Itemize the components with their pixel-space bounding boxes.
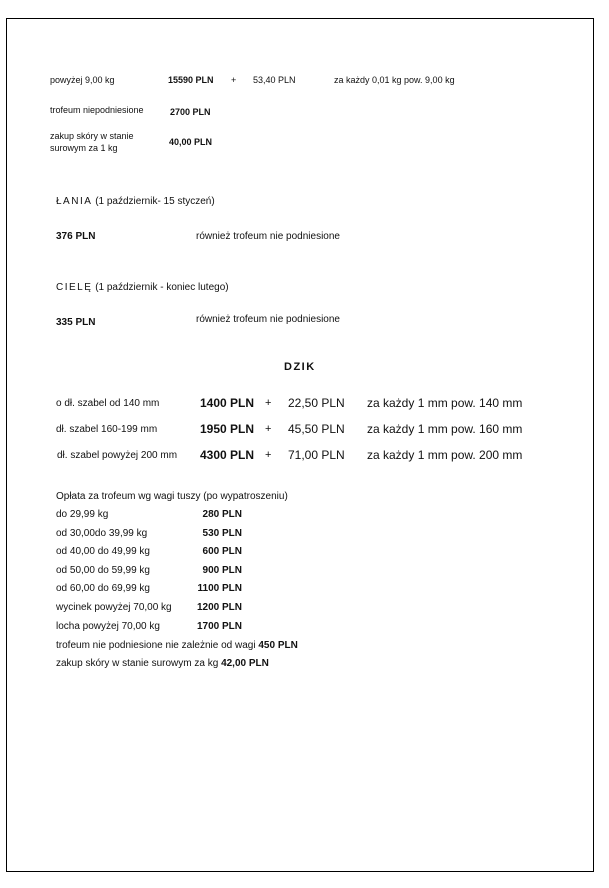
row-label: trofeum niepodniesione bbox=[50, 105, 144, 115]
row-extra: 53,40 PLN bbox=[253, 75, 296, 85]
weight-row-price: 600 PLN bbox=[203, 546, 242, 557]
row-price: 2700 PLN bbox=[170, 107, 211, 117]
row-label: dł. szabel 160-199 mm bbox=[56, 424, 157, 435]
row-price: 40,00 PLN bbox=[169, 137, 212, 147]
plus-sign: + bbox=[265, 423, 271, 435]
lania-note: również trofeum nie podniesione bbox=[196, 231, 340, 242]
row-note: za każdy 1 mm pow. 200 mm bbox=[367, 448, 522, 462]
plus-sign: + bbox=[231, 75, 236, 85]
row-price: 15590 PLN bbox=[168, 75, 214, 85]
weight-row-price: 1100 PLN bbox=[198, 583, 242, 594]
skin-price: 42,00 PLN bbox=[221, 658, 269, 669]
weight-row-label: locha powyżej 70,00 kg bbox=[56, 621, 160, 632]
row-label: dł. szabel powyżej 200 mm bbox=[57, 450, 177, 461]
weight-row-price: 530 PLN bbox=[203, 528, 242, 539]
row-label: o dł. szabel od 140 mm bbox=[56, 398, 159, 409]
plus-sign: + bbox=[265, 397, 271, 409]
skin-text: zakup skóry w stanie surowym za kg bbox=[56, 658, 218, 669]
lania-price: 376 PLN bbox=[56, 231, 95, 242]
row-extra: 45,50 PLN bbox=[288, 422, 345, 436]
weight-row-label: do 29,99 kg bbox=[56, 509, 108, 520]
weight-row-label: od 50,00 do 59,99 kg bbox=[56, 565, 150, 576]
section-period: (1 październik - koniec lutego) bbox=[95, 282, 228, 293]
not-lifted-text: trofeum nie podniesione nie zależnie od … bbox=[56, 640, 256, 651]
section-heading-ciele: CIELĘ (1 październik - koniec lutego) bbox=[56, 282, 229, 293]
row-label: zakup skóry w stanie bbox=[50, 131, 134, 141]
row-note: za każdy 1 mm pow. 160 mm bbox=[367, 422, 522, 436]
weight-row-price: 900 PLN bbox=[203, 565, 242, 576]
row-extra: 71,00 PLN bbox=[288, 448, 345, 462]
plus-sign: + bbox=[265, 449, 271, 461]
row-price: 1950 PLN bbox=[200, 422, 254, 436]
weight-row-price: 1200 PLN bbox=[197, 602, 242, 613]
weight-row-label: od 30,00do 39,99 kg bbox=[56, 528, 147, 539]
section-title: ŁANIA bbox=[56, 196, 92, 207]
row-label: surowym za 1 kg bbox=[50, 143, 118, 153]
weight-row-label: od 60,00 do 69,99 kg bbox=[56, 583, 150, 594]
not-lifted-price: 450 PLN bbox=[258, 640, 297, 651]
row-price: 4300 PLN bbox=[200, 448, 254, 462]
row-label: powyżej 9,00 kg bbox=[50, 75, 115, 85]
section-title-dzik: DZIK bbox=[284, 361, 316, 373]
row-note: za każdy 0,01 kg pow. 9,00 kg bbox=[334, 75, 455, 85]
skin-row: zakup skóry w stanie surowym za kg 42,00… bbox=[56, 658, 269, 669]
weight-row-label: wycinek powyżej 70,00 kg bbox=[56, 602, 172, 613]
ciele-note: również trofeum nie podniesione bbox=[196, 314, 340, 325]
section-period: (1 październik- 15 styczeń) bbox=[95, 196, 215, 207]
weight-heading: Opłata za trofeum wg wagi tuszy (po wypa… bbox=[56, 491, 288, 502]
row-note: za każdy 1 mm pow. 140 mm bbox=[367, 396, 522, 410]
not-lifted-row: trofeum nie podniesione nie zależnie od … bbox=[56, 640, 298, 651]
row-price: 1400 PLN bbox=[200, 396, 254, 410]
section-heading-lania: ŁANIA (1 październik- 15 styczeń) bbox=[56, 196, 215, 207]
section-title: CIELĘ bbox=[56, 282, 92, 293]
weight-row-label: od 40,00 do 49,99 kg bbox=[56, 546, 150, 557]
weight-row-price: 280 PLN bbox=[203, 509, 242, 520]
row-extra: 22,50 PLN bbox=[288, 396, 345, 410]
weight-row-price: 1700 PLN bbox=[197, 621, 242, 632]
ciele-price: 335 PLN bbox=[56, 317, 95, 328]
